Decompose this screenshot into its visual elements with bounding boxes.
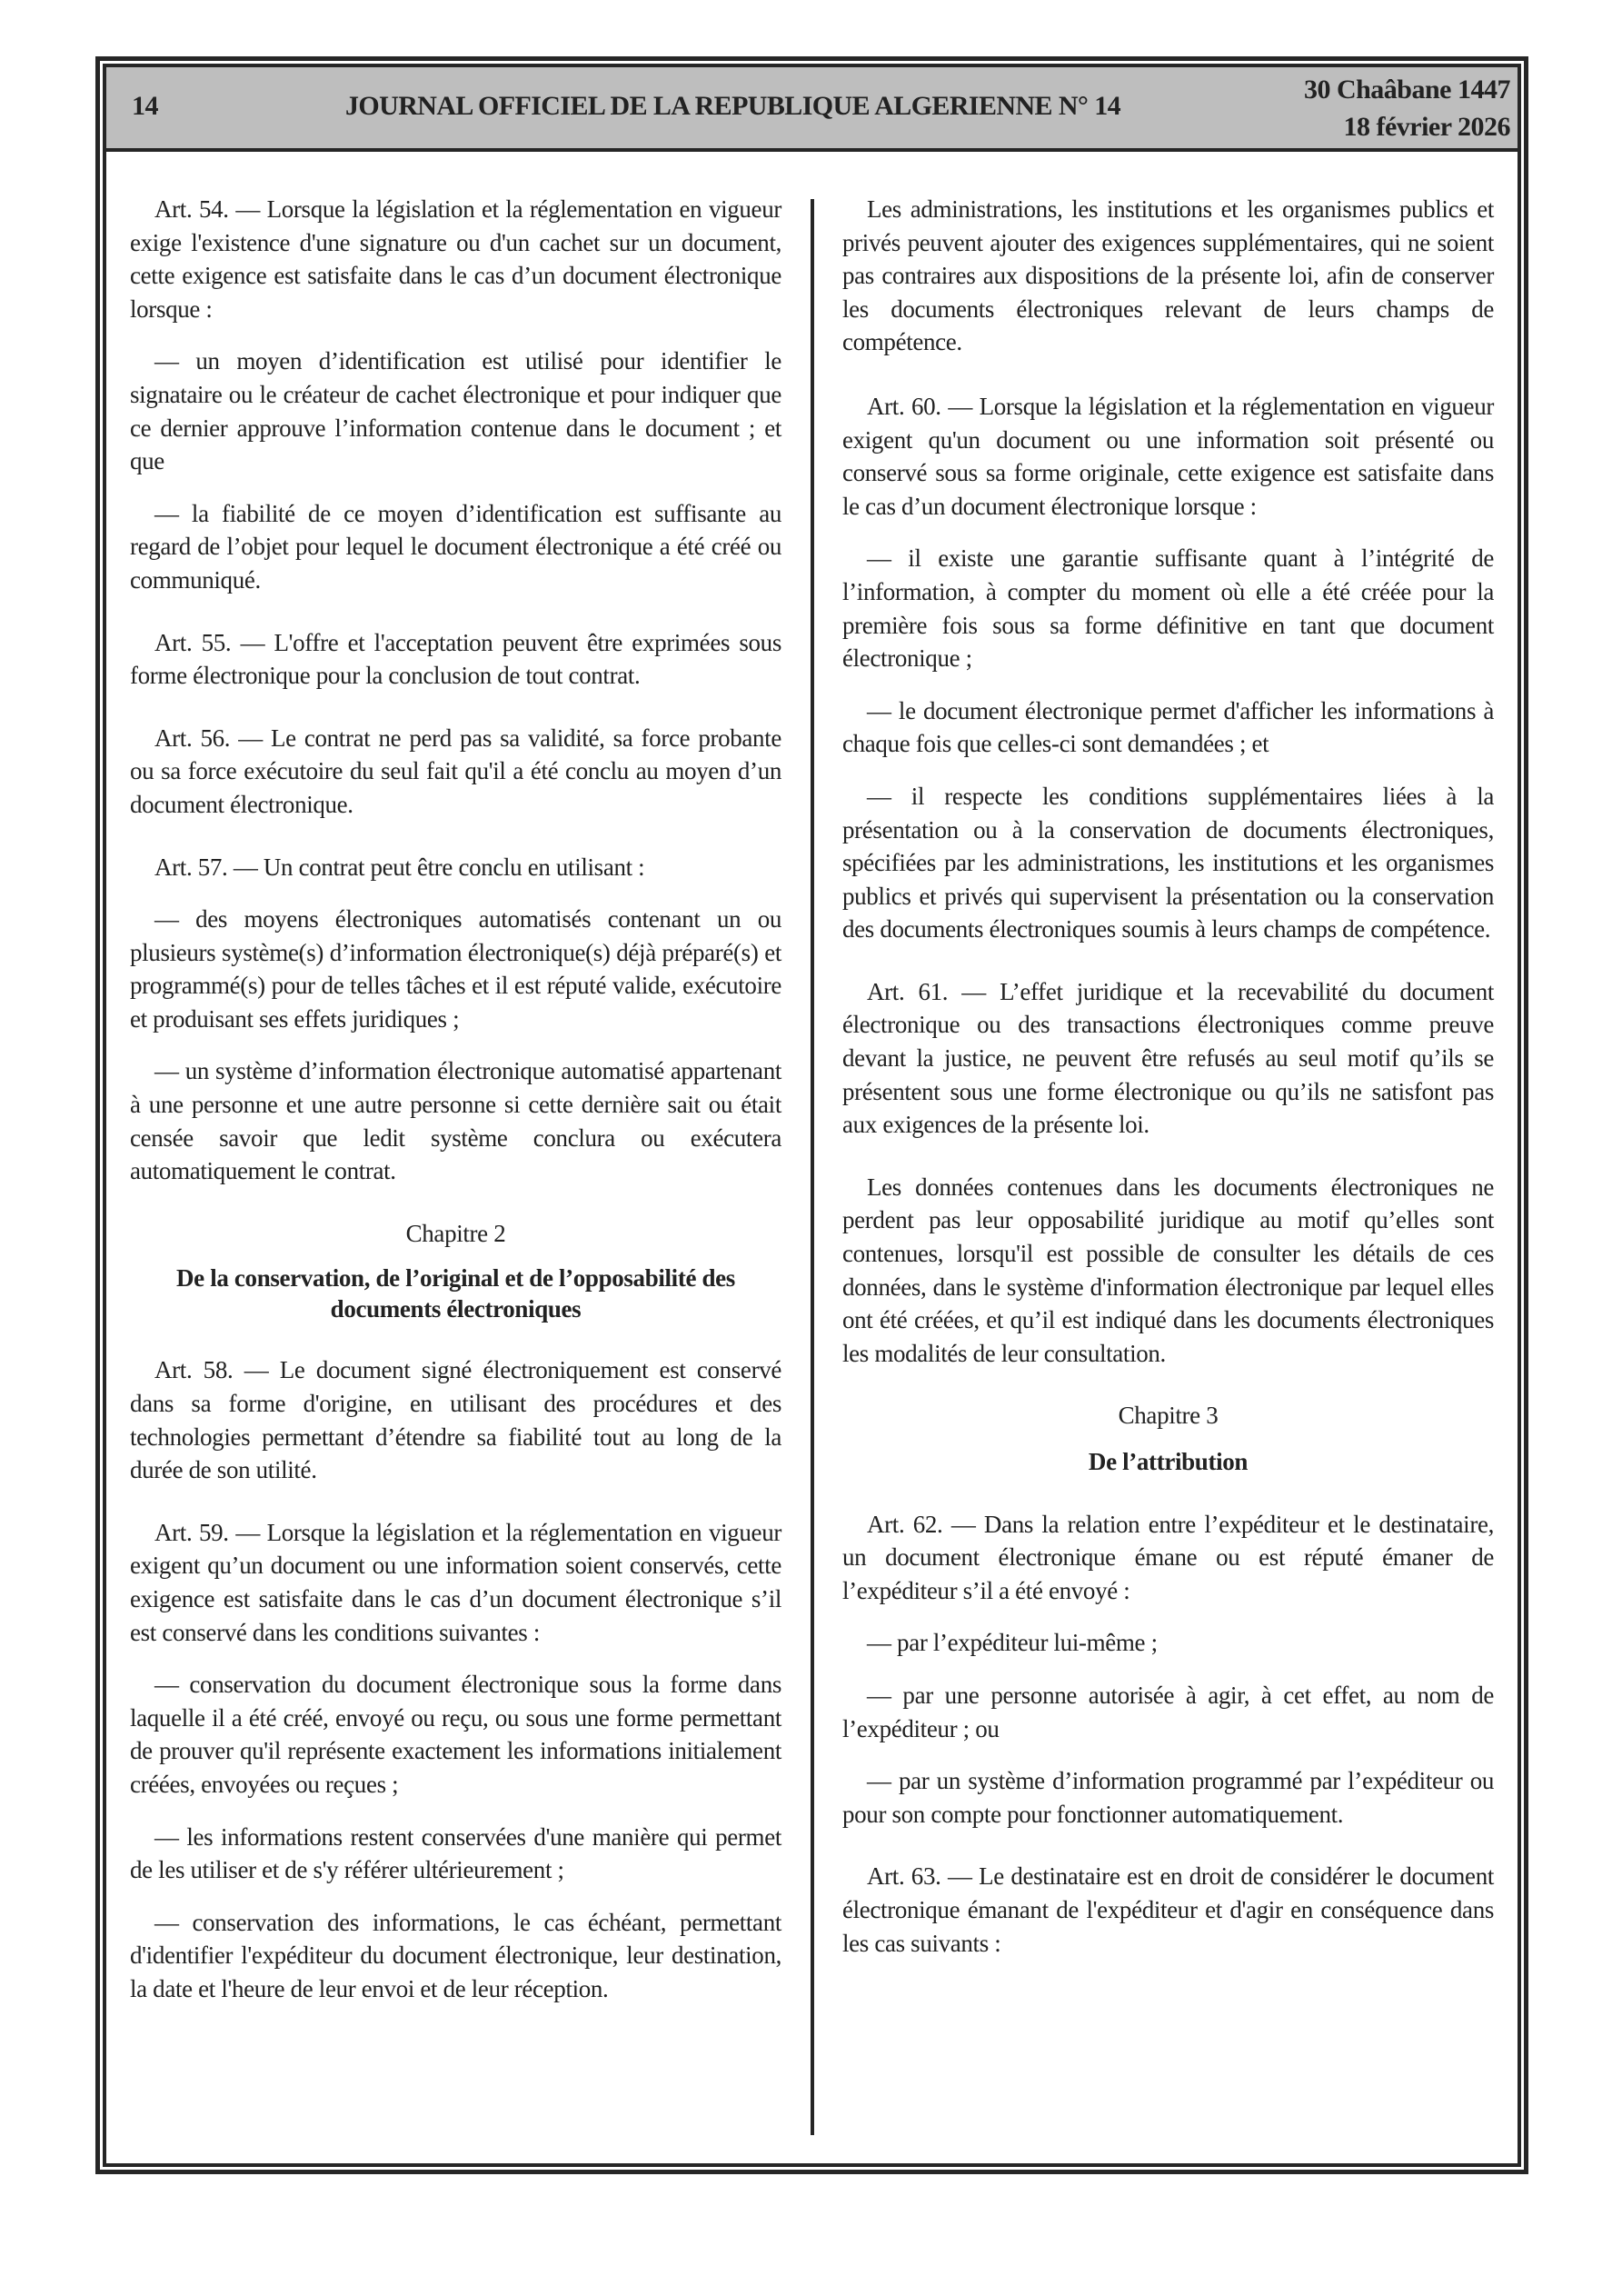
chapter-2-label: Chapitre 2 [130, 1217, 781, 1251]
article-54-item-2: — la fiabilité de ce moyen d’identificat… [130, 497, 781, 597]
article-63: Art. 63. — Le destinataire est en droit … [842, 1860, 1494, 1960]
article-62-item-3: — par un système d’information programmé… [842, 1764, 1494, 1831]
article-62-item-1: — par l’expéditeur lui-même ; [842, 1626, 1494, 1660]
article-61-paragraph-2: Les données contenues dans les documents… [842, 1171, 1494, 1371]
date-gregorian: 18 février 2026 [1304, 108, 1510, 145]
article-59: Art. 59. — Lorsque la législation et la … [130, 1516, 781, 1649]
article-59-item-2: — les informations restent conservées d'… [130, 1821, 781, 1887]
article-57: Art. 57. — Un contrat peut être conclu e… [130, 851, 781, 884]
article-59-item-3: — conservation des informations, le cas … [130, 1906, 781, 2006]
issue-date: 30 Chaâbane 1447 18 février 2026 [1304, 71, 1510, 145]
article-57-item-2: — un système d’information électronique … [130, 1054, 781, 1187]
right-column: Les administrations, les institutions et… [842, 193, 1494, 1979]
page-number: 14 [132, 91, 158, 122]
chapter-3-title: De l’attribution [842, 1445, 1494, 1479]
article-62-item-2: — par une personne autorisée à agir, à c… [842, 1679, 1494, 1745]
article-58: Art. 58. — Le document signé électroniqu… [130, 1353, 781, 1486]
journal-title: JOURNAL OFFICIEL DE LA REPUBLIQUE ALGERI… [345, 91, 1120, 122]
chapter-3-label: Chapitre 3 [842, 1399, 1494, 1433]
article-55: Art. 55. — L'offre et l'acceptation peuv… [130, 626, 781, 693]
article-60-item-2: — le document électronique permet d'affi… [842, 694, 1494, 761]
article-60-item-1: — il existe une garantie suffisante quan… [842, 542, 1494, 674]
article-61: Art. 61. — L’effet juridique et la recev… [842, 975, 1494, 1142]
page-frame-inner: 14 JOURNAL OFFICIEL DE LA REPUBLIQUE ALG… [103, 64, 1521, 2167]
article-54: Art. 54. — Lorsque la législation et la … [130, 193, 781, 325]
running-header: 14 JOURNAL OFFICIEL DE LA REPUBLIQUE ALG… [106, 67, 1518, 152]
article-59-continuation: Les administrations, les institutions et… [842, 193, 1494, 359]
left-column: Art. 54. — Lorsque la législation et la … [130, 193, 781, 2025]
article-60: Art. 60. — Lorsque la législation et la … [842, 390, 1494, 523]
column-divider [811, 199, 814, 2135]
date-hijri: 30 Chaâbane 1447 [1304, 71, 1510, 108]
article-62: Art. 62. — Dans la relation entre l’expé… [842, 1508, 1494, 1608]
chapter-2-title: De la conservation, de l’original et de … [130, 1263, 781, 1324]
article-56: Art. 56. — Le contrat ne perd pas sa val… [130, 722, 781, 822]
article-60-item-3: — il respecte les conditions supplémenta… [842, 780, 1494, 946]
article-54-item-1: — un moyen d’identification est utilisé … [130, 344, 781, 477]
page-frame-outer: 14 JOURNAL OFFICIEL DE LA REPUBLIQUE ALG… [95, 56, 1528, 2174]
article-59-item-1: — conservation du document électronique … [130, 1668, 781, 1801]
article-57-item-1: — des moyens électroniques automatisés c… [130, 903, 781, 1035]
